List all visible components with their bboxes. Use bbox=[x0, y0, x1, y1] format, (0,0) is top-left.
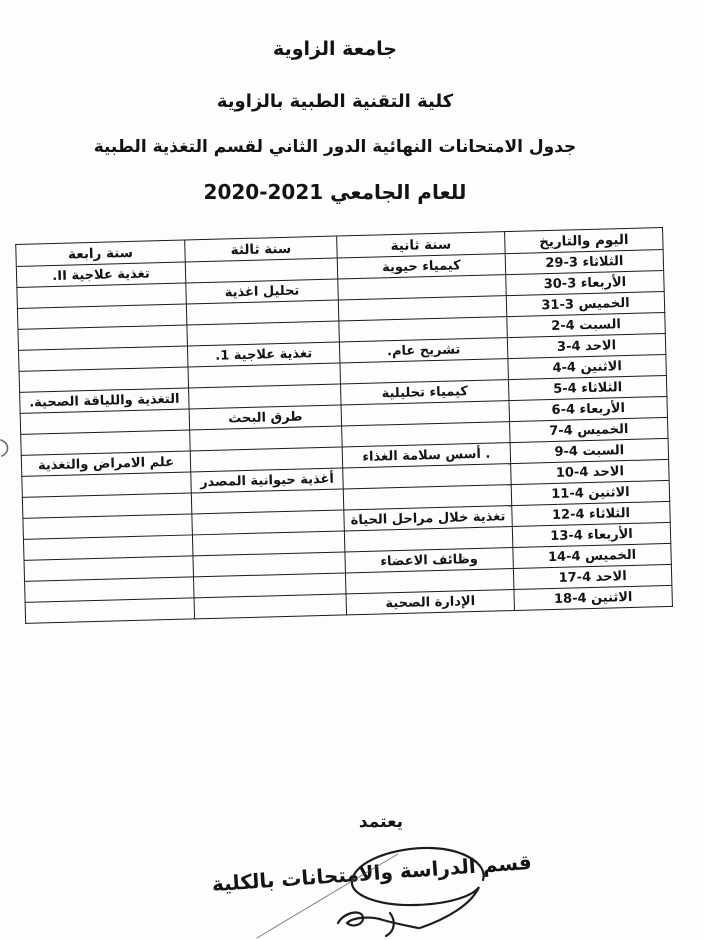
date-cell: الاثنين 4-18 bbox=[514, 585, 672, 610]
exam-table: اليوم والتاريخ سنة ثانية سنة ثالثة سنة ر… bbox=[15, 227, 673, 624]
ink-smudge-mark bbox=[0, 434, 16, 462]
college-name: كلية التقنية الطبية بالزاوية bbox=[0, 91, 670, 112]
exam-table-wrapper: اليوم والتاريخ سنة ثانية سنة ثالثة سنة ر… bbox=[16, 227, 673, 624]
university-name: جامعة الزاوية bbox=[0, 38, 670, 60]
approval-label: يعتمد bbox=[0, 812, 704, 832]
year2-cell: الإدارة الصحية bbox=[346, 590, 514, 615]
year3-cell bbox=[194, 594, 346, 619]
schedule-title: جدول الامتحانات النهائية الدور الثاني لق… bbox=[0, 137, 670, 157]
exam-table-body: الثلاثاء 3-29كيمياء حيويةتغذية علاجية II… bbox=[16, 250, 672, 624]
year4-cell bbox=[25, 598, 194, 623]
scanned-exam-schedule-page: جامعة الزاوية كلية التقنية الطبية بالزاو… bbox=[0, 0, 704, 940]
signature-scribble bbox=[230, 830, 510, 940]
academic-year: للعام الجامعي 2021-2020 bbox=[0, 180, 670, 204]
